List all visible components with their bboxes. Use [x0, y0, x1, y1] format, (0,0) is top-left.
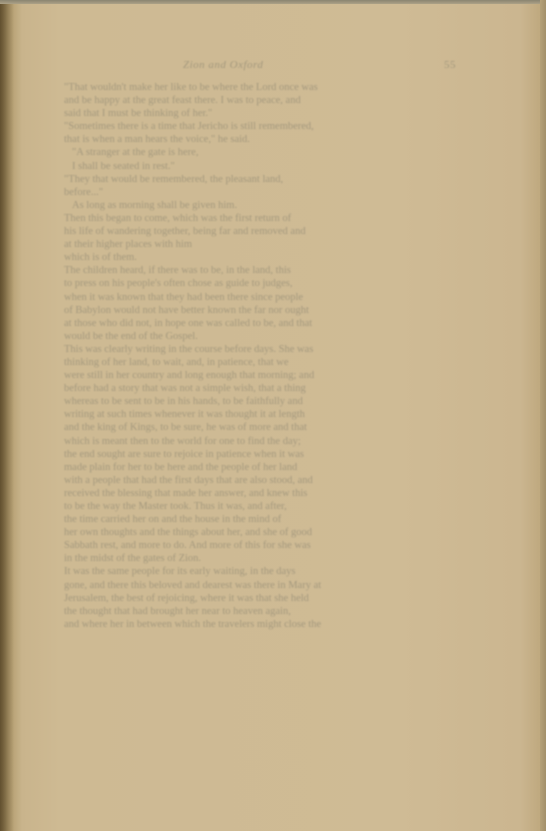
text-line: The children heard, if there was to be, … — [48, 264, 456, 277]
text-line: writing at such times whenever it was th… — [48, 408, 456, 421]
text-line: and where her in between which the trave… — [48, 618, 456, 631]
text-line: at their higher places with him — [48, 238, 456, 251]
text-line: the end sought are sure to rejoice in pa… — [48, 448, 456, 461]
running-head: Zion and Oxford 55 — [48, 59, 456, 81]
scan-right-edge — [540, 0, 546, 831]
text-line: and the king of Kings, to be sure, he wa… — [48, 421, 456, 434]
text-line: whereas to be sent to be in his hands, t… — [48, 395, 456, 408]
text-line: I shall be seated in rest." — [72, 160, 456, 173]
text-line: Sabbath rest, and more to do. And more o… — [48, 539, 456, 552]
text-line: which is of them. — [48, 251, 456, 264]
text-line: to press on his people's often chose as … — [48, 277, 456, 290]
text-line: in the midst of the gates of Zion. — [48, 552, 456, 565]
text-line: his life of wandering together, being fa… — [48, 225, 456, 238]
book-page: Zion and Oxford 55 "That wouldn't make h… — [0, 4, 540, 831]
paragraph: Then this began to come, which was the f… — [48, 212, 456, 264]
text-line: of Babylon would not have better known t… — [48, 304, 456, 317]
text-line: at those who did not, in hope one was ca… — [48, 317, 456, 330]
paragraph: "A stranger at the gate is here,I shall … — [48, 146, 456, 172]
spine-gutter-shadow — [0, 4, 14, 831]
paragraph: The children heard, if there was to be, … — [48, 264, 456, 343]
paragraph: This was clearly writing in the course b… — [48, 343, 456, 566]
text-line: "A stranger at the gate is here, — [72, 146, 456, 159]
text-line: were still in her country and long enoug… — [48, 369, 456, 382]
text-line: would be the end of the Gospel. — [48, 330, 456, 343]
text-line: "They that would be remembered, the plea… — [48, 173, 456, 186]
text-line: which is meant then to the world for one… — [48, 435, 456, 448]
text-line: made plain for her to be here and the pe… — [48, 461, 456, 474]
text-line: received the blessing that made her answ… — [48, 487, 456, 500]
paragraph: "That wouldn't make her like to be where… — [48, 81, 456, 120]
text-line: her own thoughts and the things about he… — [48, 526, 456, 539]
text-line: As long as morning shall be given him. — [72, 199, 456, 212]
text-line: and be happy at the great feast there. I… — [48, 94, 456, 107]
paragraph: As long as morning shall be given him. — [48, 199, 456, 212]
text-line: It was the same people for its early wai… — [48, 565, 456, 578]
text-line: gone, and there this beloved and dearest… — [48, 579, 456, 592]
page-number: 55 — [444, 59, 456, 71]
text-line: "That wouldn't make her like to be where… — [48, 81, 456, 94]
text-line: the time carried her on and the house in… — [48, 513, 456, 526]
text-line: when it was known that they had been the… — [48, 291, 456, 304]
text-line: that is when a man hears the voice," he … — [48, 133, 456, 146]
text-line: the thought that had brought her near to… — [48, 605, 456, 618]
text-line: with a people that had the first days th… — [48, 474, 456, 487]
text-line: to be the way the Master took. Thus it w… — [48, 500, 456, 513]
text-line: before..." — [48, 186, 456, 199]
body-text: "That wouldn't make her like to be where… — [48, 81, 456, 631]
text-line: "Sometimes there is a time that Jericho … — [48, 120, 456, 133]
text-line: thinking of her land, to wait, and, in p… — [48, 356, 456, 369]
text-line: before had a story that was not a simple… — [48, 382, 456, 395]
running-head-title: Zion and Oxford — [183, 59, 263, 71]
text-line: Jerusalem, the best of rejoicing, where … — [48, 592, 456, 605]
text-line: Then this began to come, which was the f… — [48, 212, 456, 225]
text-line: said that I must be thinking of her." — [48, 107, 456, 120]
paragraph: "Sometimes there is a time that Jericho … — [48, 120, 456, 146]
text-line: This was clearly writing in the course b… — [48, 343, 456, 356]
page-text-block: Zion and Oxford 55 "That wouldn't make h… — [48, 59, 456, 631]
paragraph: It was the same people for its early wai… — [48, 565, 456, 630]
paragraph: "They that would be remembered, the plea… — [48, 173, 456, 199]
